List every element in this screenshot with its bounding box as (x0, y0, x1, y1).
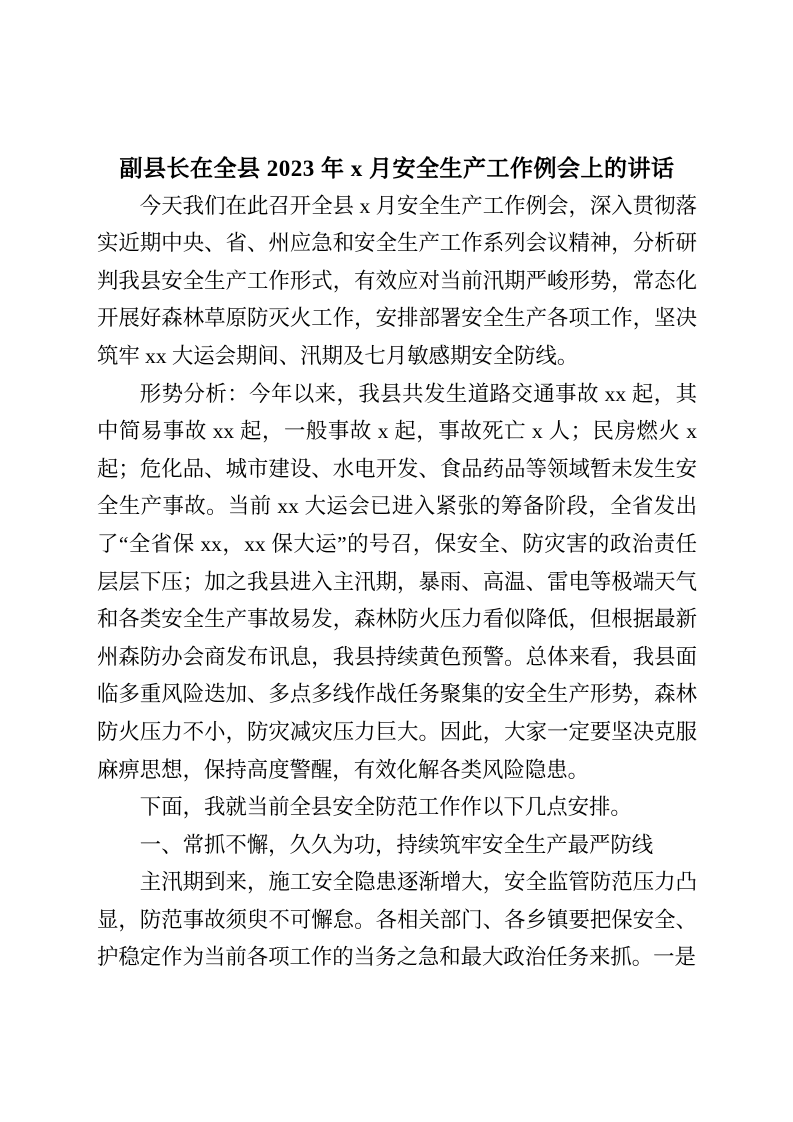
paragraph-situation-analysis: 形势分析：今年以来，我县共发生道路交通事故 xx 起，其中简易事故 xx 起，一… (97, 376, 697, 790)
paragraph-flood-season: 主汛期到来，施工安全隐患逐渐增大，安全监管防范压力凸显，防范事故须臾不可懈怠。各… (97, 864, 697, 977)
section-heading-1: 一、常抓不懈，久久为功，持续筑牢安全生产最严防线 (97, 827, 697, 865)
document-title: 副县长在全县 2023 年 x 月安全生产工作例会上的讲话 (97, 150, 697, 188)
document-body: 副县长在全县 2023 年 x 月安全生产工作例会上的讲话 今天我们在此召开全县… (97, 150, 697, 977)
document-page: 副县长在全县 2023 年 x 月安全生产工作例会上的讲话 今天我们在此召开全县… (0, 0, 793, 1122)
paragraph-transition: 下面，我就当前全县安全防范工作作以下几点安排。 (97, 789, 697, 827)
paragraph-opening: 今天我们在此召开全县 x 月安全生产工作例会，深入贯彻落实近期中央、省、州应急和… (97, 188, 697, 376)
